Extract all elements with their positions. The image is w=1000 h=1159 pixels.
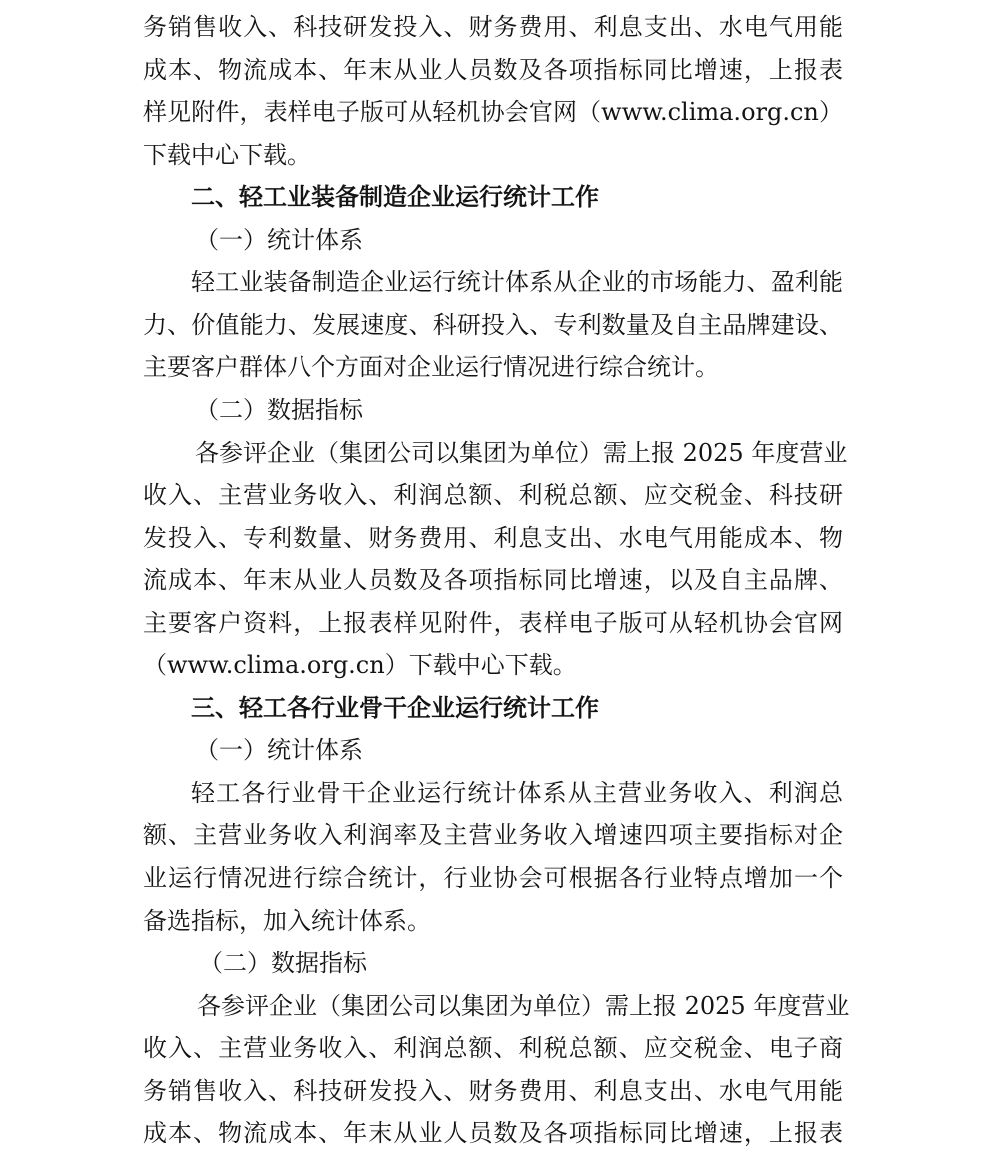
body-text-line: 成本、物流成本、年末从业人员数及各项指标同比增速，上报表 [143,1112,843,1154]
body-text-line: 各参评企业（集团公司以集团为单位）需上报 2025 年度营业 [197,985,843,1027]
document-page: 务销售收入、科技研发投入、财务费用、利息支出、水电气用能成本、物流成本、年末从业… [0,0,1000,1159]
body-text-line: （www.clima.org.cn）下载中心下载。 [143,644,843,686]
subsection-heading: （一）统计体系 [195,729,843,771]
body-text-line: 务销售收入、科技研发投入、财务费用、利息支出、水电气用能 [143,1070,843,1112]
body-text-line: 备选指标，加入统计体系。 [143,900,843,942]
section-heading: 二、轻工业装备制造企业运行统计工作 [191,176,843,218]
body-text-line: 各参评企业（集团公司以集团为单位）需上报 2025 年度营业 [195,432,843,474]
body-text-line: 下载中心下载。 [143,134,843,176]
section-heading: 三、轻工各行业骨干企业运行统计工作 [191,687,843,729]
body-text-line: 主要客户资料，上报表样见附件，表样电子版可从轻机协会官网 [143,602,843,644]
body-text-line: 额、主营业务收入利润率及主营业务收入增速四项主要指标对企 [143,814,843,856]
body-text-line: 主要客户群体八个方面对企业运行情况进行综合统计。 [143,346,843,388]
body-text-line: 收入、主营业务收入、利润总额、利税总额、应交税金、科技研 [143,474,843,516]
body-text-line: 轻工各行业骨干企业运行统计体系从主营业务收入、利润总 [191,772,843,814]
body-text-line: 成本、物流成本、年末从业人员数及各项指标同比增速，上报表 [143,49,843,91]
body-text-line: 样见附件，表样电子版可从轻机协会官网（www.clima.org.cn） [143,91,843,133]
subsection-heading: （一）统计体系 [195,219,843,261]
body-text-line: 轻工业装备制造企业运行统计体系从企业的市场能力、盈利能 [191,261,843,303]
body-text-line: 力、价值能力、发展速度、科研投入、专利数量及自主品牌建设、 [143,304,843,346]
subsection-heading: （二）数据指标 [195,389,843,431]
body-text-line: 收入、主营业务收入、利润总额、利税总额、应交税金、电子商 [143,1027,843,1069]
subsection-heading: （二）数据指标 [199,942,843,984]
body-text-line: 业运行情况进行综合统计，行业协会可根据各行业特点增加一个 [143,857,843,899]
body-text-line: 发投入、专利数量、财务费用、利息支出、水电气用能成本、物 [143,517,843,559]
body-text-line: 务销售收入、科技研发投入、财务费用、利息支出、水电气用能 [143,6,843,48]
body-text-line: 流成本、年末从业人员数及各项指标同比增速，以及自主品牌、 [143,559,843,601]
